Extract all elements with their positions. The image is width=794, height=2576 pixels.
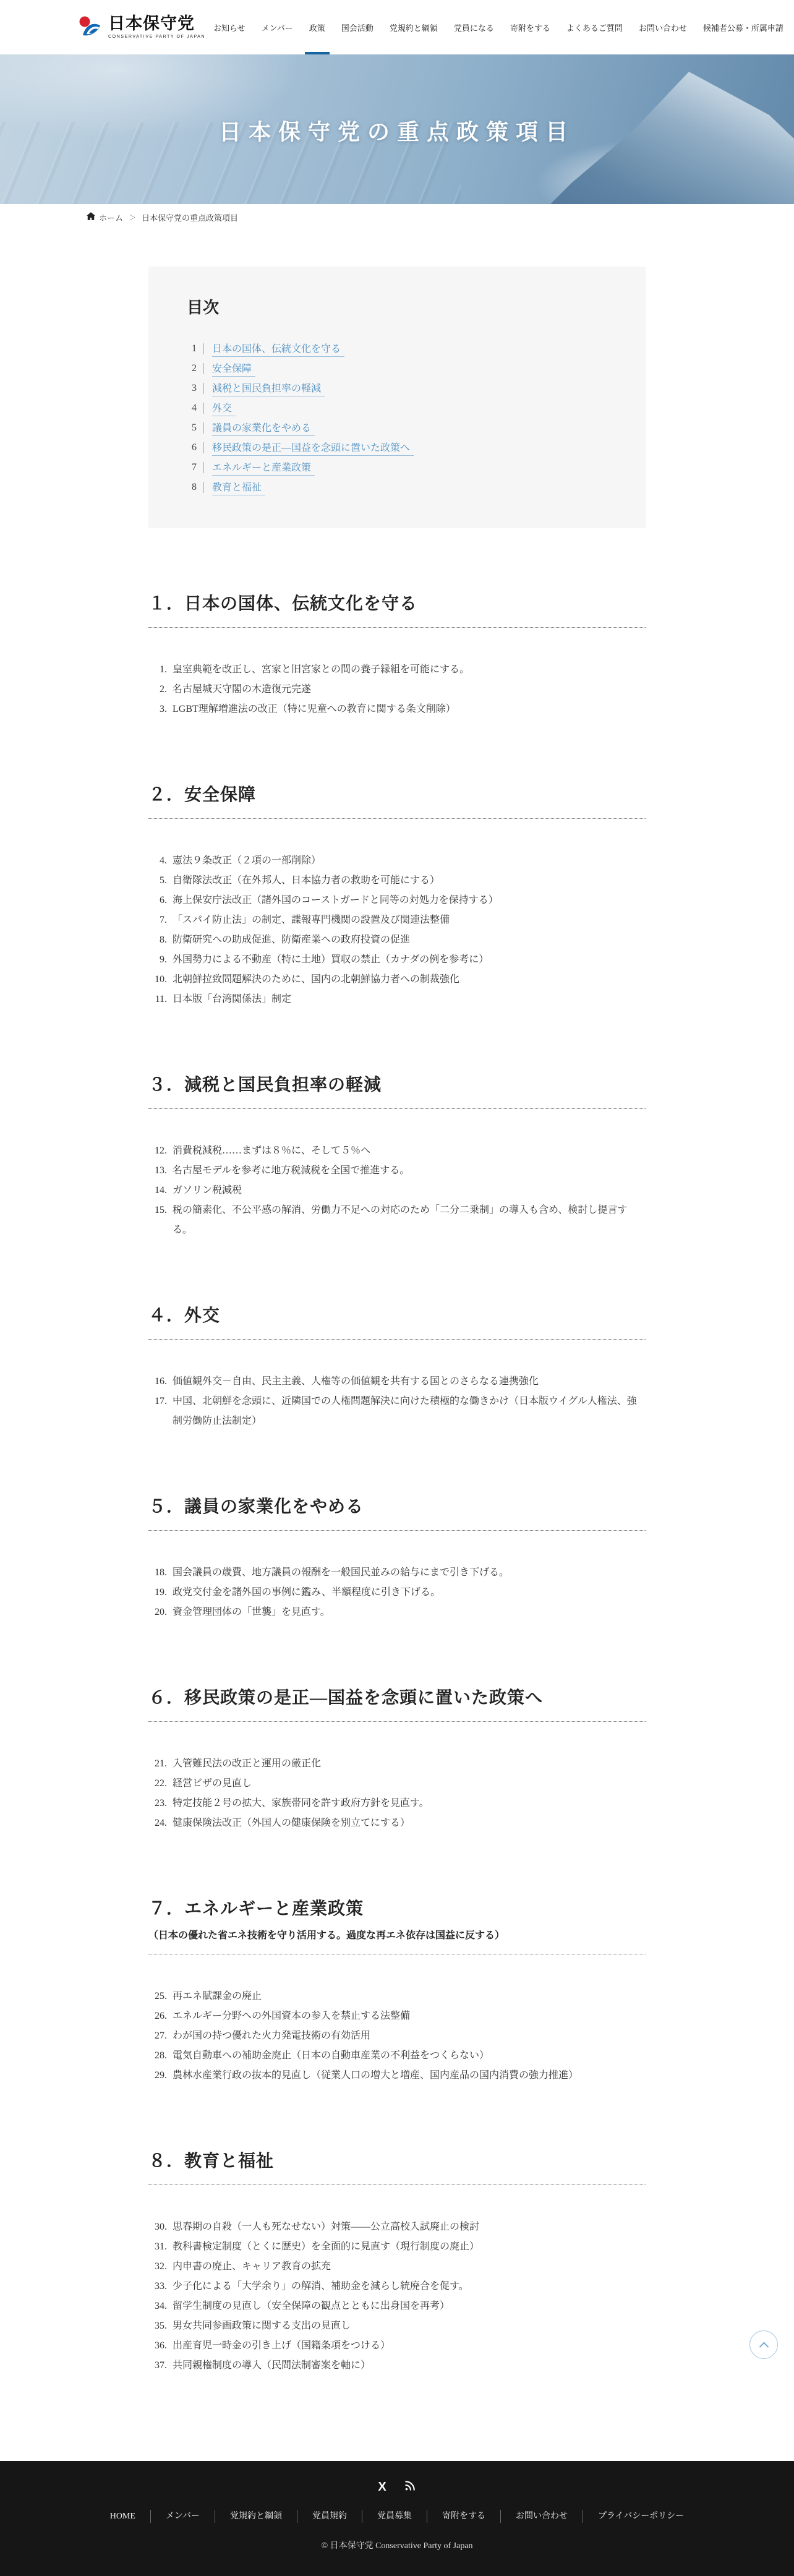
policy-item: 32. 内申書の廃止、キャリア教育の拡充 — [148, 2257, 646, 2277]
policy-list: 18. 国会議員の歳費、地方議員の報酬を一般国民並みの給与にまで引き下げる。 1… — [148, 1563, 646, 1622]
policy-item-text: 男女共同参画政策に関する支出の見直し — [173, 2316, 646, 2336]
policy-item: 12. 消費税減税……まずは８％に、そして５％へ — [148, 1141, 646, 1161]
policy-item-number: 1. — [148, 660, 167, 680]
policy-section-8: ８．教育と福祉 30. 思春期の自殺（一人も死なせない）対策――公立高校入試廃止… — [148, 2147, 646, 2376]
section-heading: ６．移民政策の是正―国益を念頭に置いた政策へ — [148, 1684, 646, 1709]
policy-section-1: １．日本の国体、伝統文化を守る 1. 皇室典範を改正し、宮家と旧宮家との間の養子… — [148, 590, 646, 719]
section-heading: ５．議員の家業化をやめる — [148, 1493, 646, 1518]
policy-list: 4. 憲法９条改正（２項の一部削除） 5. 自衛隊法改正（在外邦人、日本協力者の… — [148, 851, 646, 1009]
party-logo-subtitle: CONSERVATIVE PARTY OF JAPAN — [108, 35, 205, 39]
policy-item-number: 36. — [148, 2336, 167, 2356]
section-heading: ４．外交 — [148, 1302, 646, 1327]
policy-list: 12. 消費税減税……まずは８％に、そして５％へ 13. 名古屋モデルを参考に地… — [148, 1141, 646, 1240]
policy-item-number: 34. — [148, 2296, 167, 2316]
policy-item-text: 海上保安庁法改正（諸外国のコーストガードと同等の対処力を保持する） — [173, 891, 646, 910]
policy-section-7: ７．エネルギーと産業政策 （日本の優れた省エネ技術を守り活用する。過度な再エネ依… — [148, 1895, 646, 2086]
toc-item: 3 減税と国民負担率の軽減 — [187, 379, 607, 398]
global-nav-item[interactable]: 党規約と綱領 — [382, 0, 446, 54]
site-footer: X HOMEメンバー党規約と綱領党員規約党員募集寄附をするお問い合わせプライバシ… — [0, 2461, 794, 2576]
policy-item-number: 26. — [148, 2006, 167, 2026]
policy-item-number: 7. — [148, 910, 167, 930]
policy-item-number: 12. — [148, 1141, 167, 1161]
policy-item-number: 23. — [148, 1794, 167, 1813]
policy-item-text: 経営ビザの見直し — [173, 1774, 646, 1794]
x-social-icon[interactable]: X — [378, 2480, 386, 2494]
policy-item-text: 国会議員の歳費、地方議員の報酬を一般国民並みの給与にまで引き下げる。 — [173, 1563, 646, 1583]
policy-item: 5. 自衛隊法改正（在外邦人、日本協力者の救助を可能にする） — [148, 871, 646, 891]
policy-item: 10. 北朝鮮拉致問題解決のために、国内の北朝鮮協力者への制裁強化 — [148, 970, 646, 990]
policy-item-text: 健康保険法改正（外国人の健康保険を別立てにする） — [173, 1813, 646, 1833]
footer-nav-item[interactable]: 党員募集 — [362, 2510, 427, 2523]
policy-item: 18. 国会議員の歳費、地方議員の報酬を一般国民並みの給与にまで引き下げる。 — [148, 1563, 646, 1583]
policy-item-text: LGBT理解増進法の改正（特に児童への教育に関する条文削除） — [173, 700, 646, 719]
policy-item-number: 5. — [148, 871, 167, 891]
policy-item-text: 電気自動車への補助金廃止（日本の自動車産業の不利益をつくらない） — [173, 2046, 646, 2066]
policy-item-number: 10. — [148, 970, 167, 990]
breadcrumb: ホーム ＞ 日本保守党の重点政策項目 — [0, 204, 794, 231]
policy-item: 31. 教科書検定制度（とくに歴史）を全面的に見直す（現行制度の廃止） — [148, 2237, 646, 2257]
main-content: 目次 1 日本の国体、伝統文化を守る 2 安全保障 3 減税と国民負担率の軽減 … — [148, 267, 646, 2376]
toc-item-number: 2 — [187, 363, 197, 374]
policy-item-text: 北朝鮮拉致問題解決のために、国内の北朝鮮協力者への制裁強化 — [173, 970, 646, 990]
toc-item: 2 安全保障 — [187, 359, 607, 379]
toc-item-link[interactable]: 減税と国民負担率の軽減 — [212, 380, 325, 396]
global-nav-item[interactable]: 国会活動 — [333, 0, 382, 54]
policy-item: 13. 名古屋モデルを参考に地方税減税を全国で推進する。 — [148, 1161, 646, 1181]
policy-item-number: 16. — [148, 1372, 167, 1392]
toc-item-link[interactable]: 移民政策の是正―国益を念頭に置いた政策へ — [212, 440, 414, 456]
toc-item-link[interactable]: 外交 — [212, 400, 236, 416]
policy-item-text: 政党交付金を諸外国の事例に鑑み、半額程度に引き下げる。 — [173, 1583, 646, 1603]
policy-item-number: 4. — [148, 851, 167, 871]
policy-item-text: エネルギー分野への外国資本の参入を禁止する法整備 — [173, 2006, 646, 2026]
policy-item-text: 農林水産業行政の抜本的見直し（従業人口の増大と増産、国内産品の国内消費の強力推進… — [173, 2066, 646, 2086]
policy-item-text: 名古屋モデルを参考に地方税減税を全国で推進する。 — [173, 1161, 646, 1181]
policy-item-text: 名古屋城天守閣の木造復元完遂 — [173, 680, 646, 700]
policy-item: 33. 少子化による「大学余り」の解消、補助金を減らし統廃合を促す。 — [148, 2277, 646, 2296]
policy-item: 15. 税の簡素化、不公平感の解消、労働力不足への対応のため「二分二乗制」の導入… — [148, 1200, 646, 1240]
toc-item-number: 3 — [187, 383, 197, 394]
policy-item-text: 税の簡素化、不公平感の解消、労働力不足への対応のため「二分二乗制」の導入も含め、… — [173, 1200, 646, 1240]
party-logo-icon — [77, 14, 103, 40]
policy-item: 21. 入管難民法の改正と運用の厳正化 — [148, 1754, 646, 1774]
footer-nav-item[interactable]: メンバー — [151, 2510, 215, 2523]
policy-item-number: 35. — [148, 2316, 167, 2336]
footer-nav: HOMEメンバー党規約と綱領党員規約党員募集寄附をするお問い合わせプライバシーポ… — [0, 2510, 794, 2523]
global-nav-item[interactable]: お問い合わせ — [631, 0, 695, 54]
policy-item: 9. 外国勢力による不動産（特に土地）買収の禁止（カナダの例を参考に） — [148, 950, 646, 970]
policy-list: 21. 入管難民法の改正と運用の厳正化 22. 経営ビザの見直し 23. 特定技… — [148, 1754, 646, 1833]
policy-item: 3. LGBT理解増進法の改正（特に児童への教育に関する条文削除） — [148, 700, 646, 719]
breadcrumb-home-link[interactable]: ホーム — [87, 212, 123, 223]
policy-item-text: ガソリン税減税 — [173, 1181, 646, 1200]
policy-item: 26. エネルギー分野への外国資本の参入を禁止する法整備 — [148, 2006, 646, 2026]
table-of-contents: 目次 1 日本の国体、伝統文化を守る 2 安全保障 3 減税と国民負担率の軽減 … — [148, 267, 646, 528]
policy-item: 36. 出産育児一時金の引き上げ（国籍条項をつける） — [148, 2336, 646, 2356]
policy-section-6: ６．移民政策の是正―国益を念頭に置いた政策へ 21. 入管難民法の改正と運用の厳… — [148, 1684, 646, 1833]
toc-divider — [203, 343, 203, 354]
policy-item-text: 皇室典範を改正し、宮家と旧宮家との間の養子縁組を可能にする。 — [173, 660, 646, 680]
policy-item-number: 8. — [148, 930, 167, 950]
policy-item-number: 17. — [148, 1392, 167, 1431]
toc-divider — [203, 422, 203, 434]
policy-item-number: 9. — [148, 950, 167, 970]
policy-item: 22. 経営ビザの見直し — [148, 1774, 646, 1794]
policy-item-text: 内申書の廃止、キャリア教育の拡充 — [173, 2257, 646, 2277]
footer-nav-item[interactable]: 党員規約 — [297, 2510, 362, 2523]
global-nav-item[interactable]: よくあるご質問 — [558, 0, 631, 54]
section-subtitle: （日本の優れた省エネ技術を守り活用する。過度な再エネ依存は国益に反する） — [148, 1927, 646, 1941]
policy-item: 6. 海上保安庁法改正（諸外国のコーストガードと同等の対処力を保持する） — [148, 891, 646, 910]
toc-item-number: 1 — [187, 343, 197, 354]
policy-item: 24. 健康保険法改正（外国人の健康保険を別立てにする） — [148, 1813, 646, 1833]
global-nav-list: お知らせメンバー政策国会活動党規約と綱領党員になる寄附をするよくあるご質問お問い… — [205, 0, 792, 54]
policy-item-text: 教科書検定制度（とくに歴史）を全面的に見直す（現行制度の廃止） — [173, 2237, 646, 2257]
policy-item-text: 憲法９条改正（２項の一部削除） — [173, 851, 646, 871]
policy-item: 29. 農林水産業行政の抜本的見直し（従業人口の増大と増産、国内産品の国内消費の… — [148, 2066, 646, 2086]
policy-list: 16. 価値観外交－自由、民主主義、人権等の価値観を共有する国とのさらなる連携強… — [148, 1372, 646, 1431]
section-heading: ７．エネルギーと産業政策 — [148, 1895, 646, 1920]
policy-item-text: 日本版「台湾関係法」制定 — [173, 990, 646, 1009]
party-logo-title: 日本保守党 — [108, 15, 205, 32]
policy-item-number: 29. — [148, 2066, 167, 2086]
policy-item-text: 共同親権制度の導入（民間法制審案を軸に） — [173, 2356, 646, 2376]
toc-list: 1 日本の国体、伝統文化を守る 2 安全保障 3 減税と国民負担率の軽減 4 外… — [187, 339, 607, 497]
policy-item-number: 21. — [148, 1754, 167, 1774]
policy-item-text: 思春期の自殺（一人も死なせない）対策――公立高校入試廃止の検討 — [173, 2217, 646, 2237]
toc-divider — [203, 403, 203, 414]
footer-nav-item[interactable]: プライバシーポリシー — [583, 2510, 699, 2523]
toc-item-link[interactable]: 日本の国体、伝統文化を守る — [212, 341, 344, 357]
policy-item-number: 30. — [148, 2217, 167, 2237]
policy-item-text: 資金管理団体の「世襲」を見直す。 — [173, 1603, 646, 1622]
global-nav-item[interactable]: 党員になる — [446, 0, 502, 54]
global-nav-item[interactable]: 政策 — [301, 0, 333, 54]
policy-item-number: 31. — [148, 2237, 167, 2257]
policy-item: 14. ガソリン税減税 — [148, 1181, 646, 1200]
section-heading: １．日本の国体、伝統文化を守る — [148, 590, 646, 615]
global-nav-item[interactable]: お知らせ — [205, 0, 254, 54]
policy-item-number: 19. — [148, 1583, 167, 1603]
toc-divider — [203, 462, 203, 473]
policy-item: 23. 特定技能２号の拡大、家族帯同を許す政府方針を見直す。 — [148, 1794, 646, 1813]
policy-item-text: 価値観外交－自由、民主主義、人権等の価値観を共有する国とのさらなる連携強化 — [173, 1372, 646, 1392]
footer-nav-item[interactable]: お問い合わせ — [501, 2510, 583, 2523]
toc-divider — [203, 442, 203, 453]
global-nav-item[interactable]: 寄附をする — [502, 0, 558, 54]
rss-icon[interactable] — [404, 2480, 416, 2495]
policy-item: 19. 政党交付金を諸外国の事例に鑑み、半額程度に引き下げる。 — [148, 1583, 646, 1603]
policy-item-text: 留学生制度の見直し（安全保障の観点とともに出身国を再考） — [173, 2296, 646, 2316]
policy-list: 30. 思春期の自殺（一人も死なせない）対策――公立高校入試廃止の検討 31. … — [148, 2217, 646, 2376]
policy-item-number: 13. — [148, 1161, 167, 1181]
toc-item-link[interactable]: エネルギーと産業政策 — [212, 460, 315, 476]
policy-item: 34. 留学生制度の見直し（安全保障の観点とともに出身国を再考） — [148, 2296, 646, 2316]
toc-item: 5 議員の家業化をやめる — [187, 418, 607, 438]
policy-item-number: 6. — [148, 891, 167, 910]
policy-item: 4. 憲法９条改正（２項の一部削除） — [148, 851, 646, 871]
section-heading: ３．減税と国民負担率の軽減 — [148, 1071, 646, 1096]
toc-item-number: 8 — [187, 482, 197, 493]
global-nav-item[interactable]: 候補者公募・所属申請 — [695, 0, 792, 54]
toc-item-number: 7 — [187, 462, 197, 473]
policy-item: 8. 防衛研究への助成促進、防衛産業への政府投資の促進 — [148, 930, 646, 950]
policy-item: 16. 価値観外交－自由、民主主義、人権等の価値観を共有する国とのさらなる連携強… — [148, 1372, 646, 1392]
toc-item-link[interactable]: 安全保障 — [212, 361, 255, 377]
policy-item: 30. 思春期の自殺（一人も死なせない）対策――公立高校入試廃止の検討 — [148, 2217, 646, 2237]
policy-item-number: 14. — [148, 1181, 167, 1200]
footer-nav-item[interactable]: 党規約と綱領 — [215, 2510, 297, 2523]
section-heading: ２．安全保障 — [148, 781, 646, 806]
page-title: 日本保守党の重点政策項目 — [219, 115, 575, 147]
policy-item: 27. わが国の持つ優れた火力発電技術の有効活用 — [148, 2026, 646, 2046]
policy-list: 25. 再エネ賦課金の廃止 26. エネルギー分野への外国資本の参入を禁止する法… — [148, 1987, 646, 2086]
toc-item-number: 5 — [187, 422, 197, 434]
footer-nav-item[interactable]: 寄附をする — [427, 2510, 501, 2523]
policy-section-3: ３．減税と国民負担率の軽減 12. 消費税減税……まずは８％に、そして５％へ 1… — [148, 1071, 646, 1240]
policy-item: 37. 共同親権制度の導入（民間法制審案を軸に） — [148, 2356, 646, 2376]
home-icon — [87, 212, 95, 223]
toc-title: 目次 — [187, 295, 607, 318]
policy-item-text: 出産育児一時金の引き上げ（国籍条項をつける） — [173, 2336, 646, 2356]
policy-section-4: ４．外交 16. 価値観外交－自由、民主主義、人権等の価値観を共有する国とのさら… — [148, 1302, 646, 1431]
policy-item-number: 11. — [148, 990, 167, 1009]
section-heading: ８．教育と福祉 — [148, 2147, 646, 2172]
policy-item-number: 3. — [148, 700, 167, 719]
policy-item-text: 特定技能２号の拡大、家族帯同を許す政府方針を見直す。 — [173, 1794, 646, 1813]
toc-item-link[interactable]: 教育と福祉 — [212, 479, 265, 495]
toc-item: 6 移民政策の是正―国益を念頭に置いた政策へ — [187, 438, 607, 458]
policy-item-number: 33. — [148, 2277, 167, 2296]
policy-list: 1. 皇室典範を改正し、宮家と旧宮家との間の養子縁組を可能にする。 2. 名古屋… — [148, 660, 646, 719]
party-logo[interactable]: 日本保守党 CONSERVATIVE PARTY OF JAPAN — [77, 14, 205, 40]
policy-item: 11. 日本版「台湾関係法」制定 — [148, 990, 646, 1009]
policy-item-text: 少子化による「大学余り」の解消、補助金を減らし統廃合を促す。 — [173, 2277, 646, 2296]
toc-item-number: 6 — [187, 442, 197, 453]
global-nav: お知らせメンバー政策国会活動党規約と綱領党員になる寄附をするよくあるご質問お問い… — [205, 0, 792, 54]
policy-item-number: 20. — [148, 1603, 167, 1622]
policy-item-text: 消費税減税……まずは８％に、そして５％へ — [173, 1141, 646, 1161]
toc-item-number: 4 — [187, 403, 197, 414]
policy-item-number: 22. — [148, 1774, 167, 1794]
policy-section-2: ２．安全保障 4. 憲法９条改正（２項の一部削除） 5. 自衛隊法改正（在外邦人… — [148, 781, 646, 1009]
policy-item-text: 防衛研究への助成促進、防衛産業への政府投資の促進 — [173, 930, 646, 950]
hero-banner: 日本保守党の重点政策項目 — [0, 54, 794, 204]
copyright: © 日本保守党 Conservative Party of Japan — [0, 2539, 794, 2551]
toc-item: 8 教育と福祉 — [187, 477, 607, 497]
toc-divider — [203, 482, 203, 493]
policy-item-number: 32. — [148, 2257, 167, 2277]
breadcrumb-current: 日本保守党の重点政策項目 — [142, 212, 238, 223]
back-to-top-button[interactable] — [749, 2330, 778, 2359]
policy-item-text: 再エネ賦課金の廃止 — [173, 1987, 646, 2006]
policy-item: 17. 中国、北朝鮮を念頭に、近隣国での人権問題解決に向けた積極的な働きかけ（日… — [148, 1392, 646, 1431]
policy-item: 28. 電気自動車への補助金廃止（日本の自動車産業の不利益をつくらない） — [148, 2046, 646, 2066]
policy-item-number: 15. — [148, 1200, 167, 1240]
policy-item: 20. 資金管理団体の「世襲」を見直す。 — [148, 1603, 646, 1622]
toc-item: 7 エネルギーと産業政策 — [187, 458, 607, 477]
policy-item-text: 中国、北朝鮮を念頭に、近隣国での人権問題解決に向けた積極的な働きかけ（日本版ウイ… — [173, 1392, 646, 1431]
policy-item-number: 37. — [148, 2356, 167, 2376]
footer-nav-item[interactable]: HOME — [95, 2510, 151, 2523]
toc-divider — [203, 363, 203, 374]
global-nav-item[interactable]: メンバー — [254, 0, 301, 54]
toc-item: 4 外交 — [187, 398, 607, 418]
policy-item-number: 18. — [148, 1563, 167, 1583]
site-header: 日本保守党 CONSERVATIVE PARTY OF JAPAN お知らせメン… — [0, 0, 794, 54]
policy-item-number: 25. — [148, 1987, 167, 2006]
policy-item-number: 27. — [148, 2026, 167, 2046]
toc-item: 1 日本の国体、伝統文化を守る — [187, 339, 607, 359]
policy-item: 35. 男女共同参画政策に関する支出の見直し — [148, 2316, 646, 2336]
policy-item-text: 自衛隊法改正（在外邦人、日本協力者の救助を可能にする） — [173, 871, 646, 891]
policy-section-5: ５．議員の家業化をやめる 18. 国会議員の歳費、地方議員の報酬を一般国民並みの… — [148, 1493, 646, 1622]
policy-item: 1. 皇室典範を改正し、宮家と旧宮家との間の養子縁組を可能にする。 — [148, 660, 646, 680]
chevron-up-icon — [759, 2342, 769, 2351]
policy-item-text: 「スパイ防止法」の制定、諜報専門機関の設置及び関連法整備 — [173, 910, 646, 930]
policy-item-number: 28. — [148, 2046, 167, 2066]
policy-item-number: 2. — [148, 680, 167, 700]
policy-item: 2. 名古屋城天守閣の木造復元完遂 — [148, 680, 646, 700]
policy-item-text: 外国勢力による不動産（特に土地）買収の禁止（カナダの例を参考に） — [173, 950, 646, 970]
policy-item: 7. 「スパイ防止法」の制定、諜報専門機関の設置及び関連法整備 — [148, 910, 646, 930]
toc-item-link[interactable]: 議員の家業化をやめる — [212, 420, 315, 436]
breadcrumb-separator: ＞ — [129, 212, 136, 223]
policy-item: 25. 再エネ賦課金の廃止 — [148, 1987, 646, 2006]
policy-item-text: わが国の持つ優れた火力発電技術の有効活用 — [173, 2026, 646, 2046]
policy-item-number: 24. — [148, 1813, 167, 1833]
policy-item-text: 入管難民法の改正と運用の厳正化 — [173, 1754, 646, 1774]
toc-divider — [203, 383, 203, 394]
